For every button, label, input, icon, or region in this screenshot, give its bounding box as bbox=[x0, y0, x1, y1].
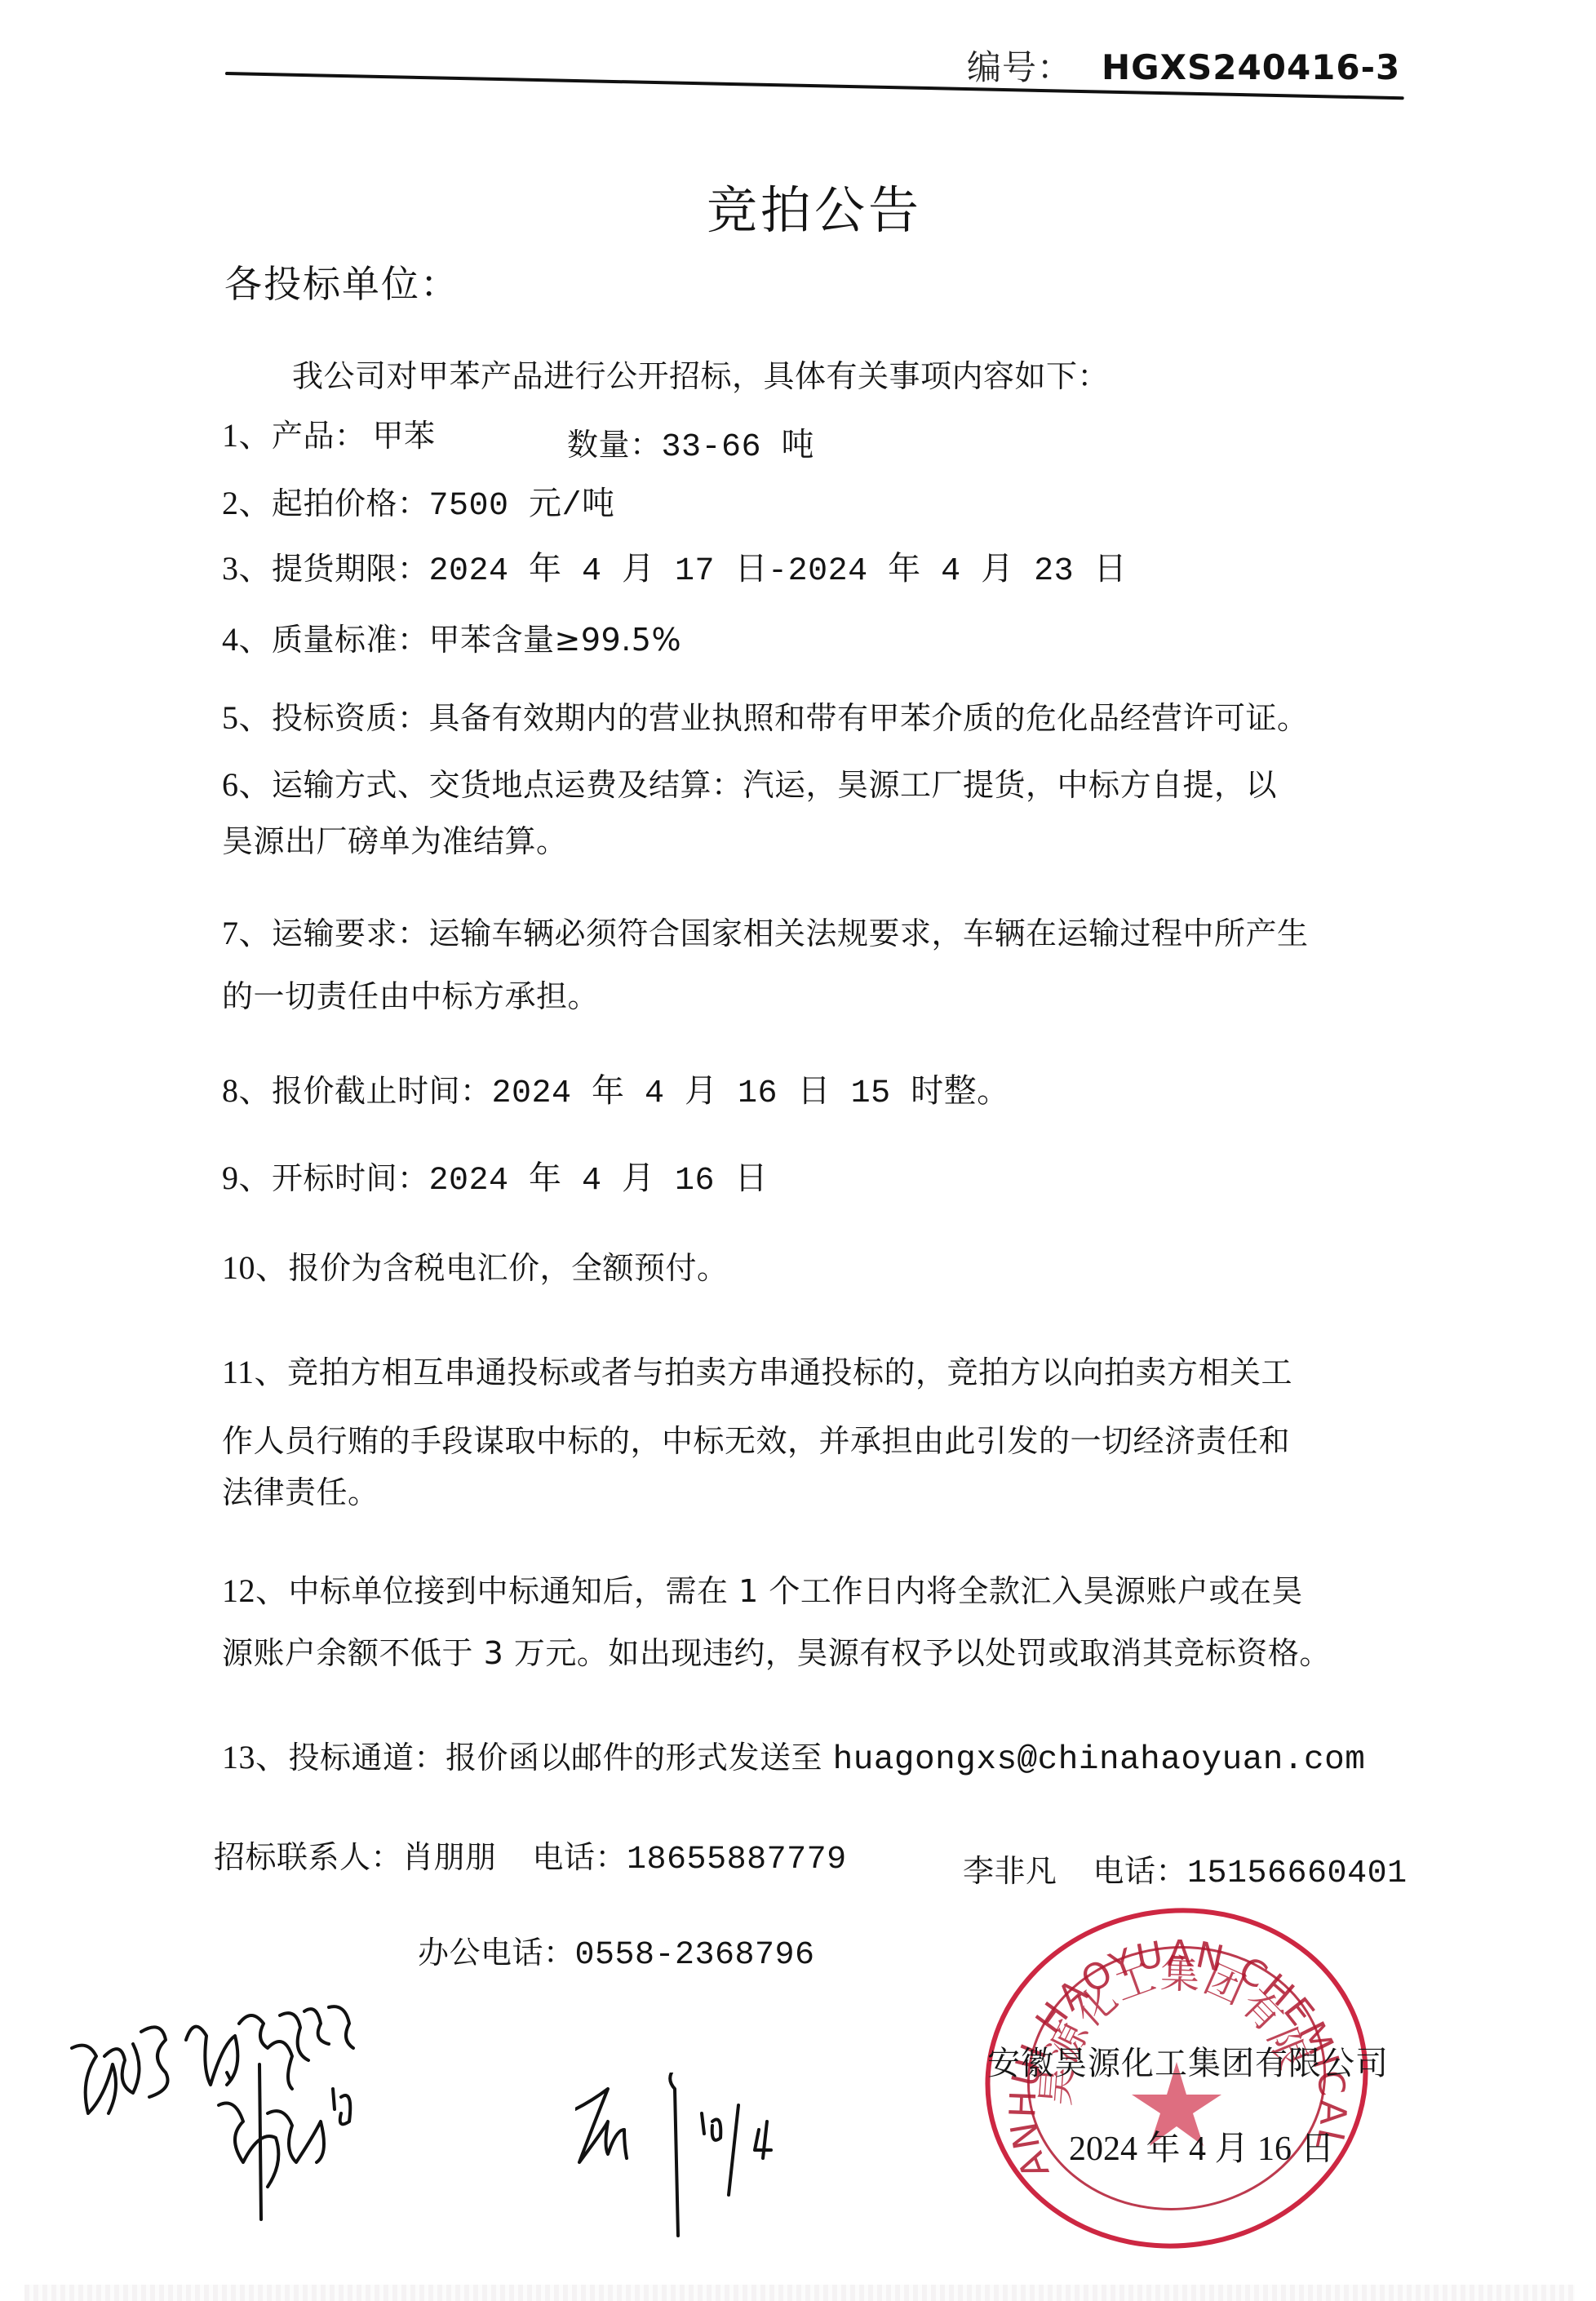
handwritten-note-left bbox=[64, 1991, 415, 2236]
contact-1-phone: 18655887779 bbox=[627, 1842, 847, 1878]
item-3: 3、提货期限：2024 年 4 月 17 日-2024 年 4 月 23 日 bbox=[222, 543, 1127, 590]
signing-company-name: 安徽昊源化工集团有限公司 bbox=[987, 2037, 1389, 2084]
office-phone: 办公电话：0558-2368796 bbox=[418, 1927, 815, 1974]
item-7-continuation: 的一切责任由中标方承担。 bbox=[222, 971, 599, 1016]
contact-2-phone: 15156660401 bbox=[1187, 1855, 1408, 1892]
quality-standard-value: 甲苯含量≥99.5% bbox=[429, 622, 682, 658]
item-6: 6、运输方式、交货地点运费及结算：汽运，昊源工厂提货，中标方自提，以 bbox=[222, 759, 1277, 805]
intro-paragraph: 我公司对甲苯产品进行公开招标，具体有关事项内容如下： bbox=[292, 351, 1109, 396]
item-11-continuation: 作人员行贿的手段谋取中标的，中标无效，并承担由此引发的一切经济责任和 bbox=[222, 1416, 1290, 1461]
quantity-value: 33-66 吨 bbox=[662, 429, 815, 466]
starting-price-value: 7500 元/吨 bbox=[429, 488, 615, 525]
item-5: 5、投标资质：具备有效期内的营业执照和带有甲苯介质的危化品经营许可证。 bbox=[222, 692, 1309, 738]
document-number-label: 编号： bbox=[967, 47, 1072, 87]
scan-artifact bbox=[24, 2285, 1575, 2301]
quote-deadline-value: 2024 年 4 月 16 日 15 时整。 bbox=[492, 1075, 1010, 1112]
bidder-qualification-value: 具备有效期内的营业执照和带有甲苯介质的危化品经营许可证。 bbox=[429, 700, 1309, 736]
document-number-value: HGXS240416-3 bbox=[1102, 47, 1400, 87]
contact-person-1: 招标联系人：肖朋朋电话：18655887779 bbox=[214, 1832, 847, 1878]
pickup-period-value: 2024 年 4 月 17 日-2024 年 4 月 23 日 bbox=[429, 553, 1128, 590]
item-1: 1、产品：甲苯 bbox=[222, 410, 436, 456]
item-8: 8、报价截止时间：2024 年 4 月 16 日 15 时整。 bbox=[222, 1065, 1010, 1112]
item-13: 13、投标通道：报价函以邮件的形式发送至 huagongxs@chinahaoy… bbox=[222, 1731, 1365, 1779]
page-title: 竞拍公告 bbox=[0, 170, 1596, 242]
product-value: 甲苯 bbox=[373, 418, 436, 454]
opening-time-value: 2024 年 4 月 16 日 bbox=[429, 1163, 769, 1199]
document-number: 编号：HGXS240416-3 bbox=[967, 41, 1400, 90]
item-11-continuation-2: 法律责任。 bbox=[222, 1467, 379, 1512]
signing-date: 2024 年 4 月 16 日 bbox=[1069, 2121, 1335, 2170]
item-12-continuation: 源账户余额不低于 3 万元。如出现违约，昊源有权予以处罚或取消其竞标资格。 bbox=[222, 1628, 1331, 1673]
item-2: 2、起拍价格：7500 元/吨 bbox=[222, 477, 615, 525]
item-4: 4、质量标准：甲苯含量≥99.5% bbox=[222, 614, 681, 660]
item-9: 9、开标时间：2024 年 4 月 16 日 bbox=[222, 1152, 768, 1199]
document-page: 编号：HGXS240416-3 竞拍公告 各投标单位： 我公司对甲苯产品进行公开… bbox=[0, 0, 1596, 2301]
salutation: 各投标单位： bbox=[224, 255, 459, 308]
contact-1-name: 肖朋朋 bbox=[402, 1839, 497, 1875]
contact-person-2: 李非凡电话：15156660401 bbox=[963, 1846, 1408, 1892]
item-7: 7、运输要求：运输车辆必须符合国家相关法规要求，车辆在运输过程中所产生 bbox=[222, 907, 1309, 954]
item-12: 12、中标单位接到中标通知后，需在 1 个工作日内将全款汇入昊源账户或在昊 bbox=[222, 1565, 1303, 1612]
handwritten-note-right bbox=[575, 2073, 787, 2268]
bid-email-link[interactable]: huagongxs@chinahaoyuan.com bbox=[833, 1741, 1366, 1779]
quantity: 数量：33-66 吨 bbox=[567, 419, 814, 466]
item-6-continuation: 昊源出厂磅单为准结算。 bbox=[222, 816, 568, 861]
office-phone-value: 0558-2368796 bbox=[575, 1937, 815, 1974]
item-11: 11、竞拍方相互串通投标或者与拍卖方串通投标的，竞拍方以向拍卖方相关工 bbox=[222, 1346, 1292, 1393]
contact-2-name: 李非凡 bbox=[963, 1853, 1057, 1889]
item-10: 10、报价为含税电汇价，全额预付。 bbox=[222, 1242, 729, 1288]
